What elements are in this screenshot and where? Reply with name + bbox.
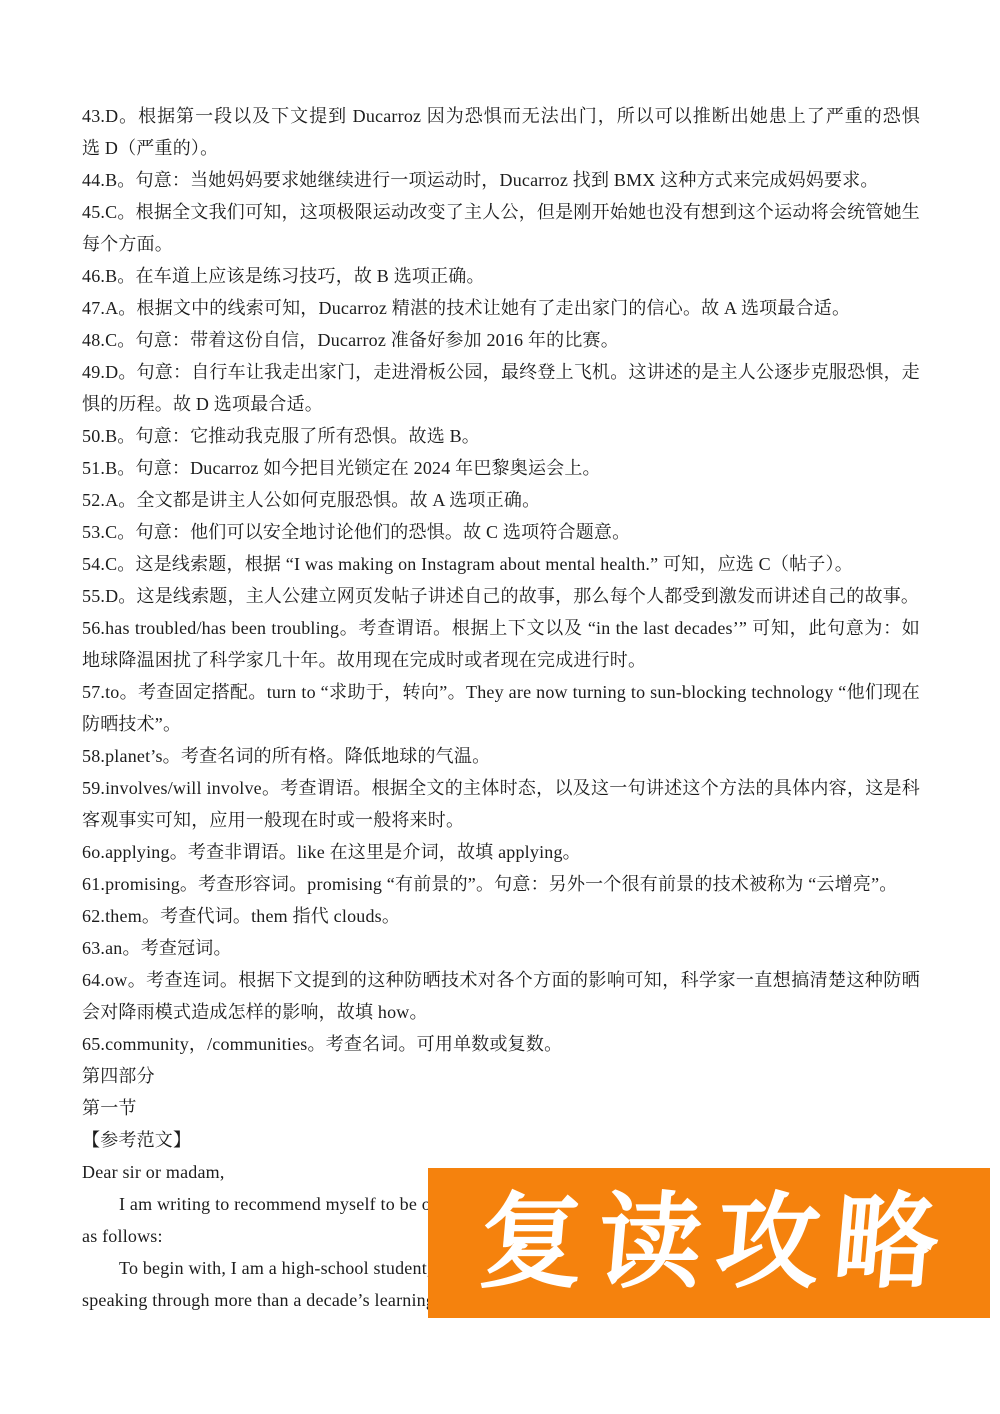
text-line: 6o.applying。考查非谓语。like 在这里是介词，故填 applyin… — [82, 836, 920, 868]
text-line: 58.planet’s。考查名词的所有格。降低地球的气温。 — [82, 740, 920, 772]
document-page: 43.D。根据第一段以及下文提到 Ducarroz 因为恐惧而无法出门，所以可以… — [0, 0, 1000, 1414]
text-line: 【参考范文】 — [82, 1124, 920, 1156]
watermark-banner: 复读攻略 — [428, 1168, 990, 1318]
text-line: 会对降雨模式造成怎样的影响，故填 how。 — [82, 996, 920, 1028]
text-line: 客观事实可知，应用一般现在时或一般将来时。 — [82, 804, 920, 836]
text-line: 57.to。考查固定搭配。turn to “求助于，转向”。They are n… — [82, 676, 920, 708]
text-line: 54.C。这是线索题，根据 “I was making on Instagram… — [82, 548, 920, 580]
text-line: 55.D。这是线索题，主人公建立网页发帖子讲述自己的故事，那么每个人都受到激发而… — [82, 580, 920, 612]
text-line: 第四部分 — [82, 1060, 920, 1092]
text-line: 62.them。考查代词。them 指代 clouds。 — [82, 900, 920, 932]
text-line: 63.an。考查冠词。 — [82, 932, 920, 964]
text-line: 43.D。根据第一段以及下文提到 Ducarroz 因为恐惧而无法出门，所以可以… — [82, 100, 920, 132]
text-line: 65.community，/communities。考查名词。可用单数或复数。 — [82, 1028, 920, 1060]
watermark-text: 复读攻略 — [475, 1191, 956, 1295]
text-line: 选 D（严重的）。 — [82, 132, 920, 164]
text-line: 48.C。句意：带着这份自信，Ducarroz 准备好参加 2016 年的比赛。 — [82, 324, 920, 356]
text-line: 惧的历程。故 D 选项最合适。 — [82, 388, 920, 420]
text-line: 50.B。句意：它推动我克服了所有恐惧。故选 B。 — [82, 420, 920, 452]
text-line: 59.involves/will involve。考查谓语。根据全文的主体时态，… — [82, 772, 920, 804]
text-line: 第一节 — [82, 1092, 920, 1124]
text-line: 46.B。在车道上应该是练习技巧，故 B 选项正确。 — [82, 260, 920, 292]
document-lines: 43.D。根据第一段以及下文提到 Ducarroz 因为恐惧而无法出门，所以可以… — [82, 100, 920, 1316]
text-line: 44.B。句意：当她妈妈要求她继续进行一项运动时，Ducarroz 找到 BMX… — [82, 164, 920, 196]
text-line: 每个方面。 — [82, 228, 920, 260]
text-line: 56.has troubled/has been troubling。考查谓语。… — [82, 612, 920, 644]
text-line: 地球降温困扰了科学家几十年。故用现在完成时或者现在完成进行时。 — [82, 644, 920, 676]
text-line: 47.A。根据文中的线索可知，Ducarroz 精湛的技术让她有了走出家门的信心… — [82, 292, 920, 324]
text-line: 51.B。句意：Ducarroz 如今把目光锁定在 2024 年巴黎奥运会上。 — [82, 452, 920, 484]
text-line: 45.C。根据全文我们可知，这项极限运动改变了主人公，但是刚开始她也没有想到这个… — [82, 196, 920, 228]
text-line: 49.D。句意：自行车让我走出家门，走进滑板公园，最终登上飞机。这讲述的是主人公… — [82, 356, 920, 388]
text-line: 61.promising。考查形容词。promising “有前景的”。句意：另… — [82, 868, 920, 900]
text-line: 52.A。全文都是讲主人公如何克服恐惧。故 A 选项正确。 — [82, 484, 920, 516]
text-line: 53.C。句意：他们可以安全地讨论他们的恐惧。故 C 选项符合题意。 — [82, 516, 920, 548]
text-line: 64.ow。考查连词。根据下文提到的这种防晒技术对各个方面的影响可知，科学家一直… — [82, 964, 920, 996]
text-line: 防晒技术”。 — [82, 708, 920, 740]
